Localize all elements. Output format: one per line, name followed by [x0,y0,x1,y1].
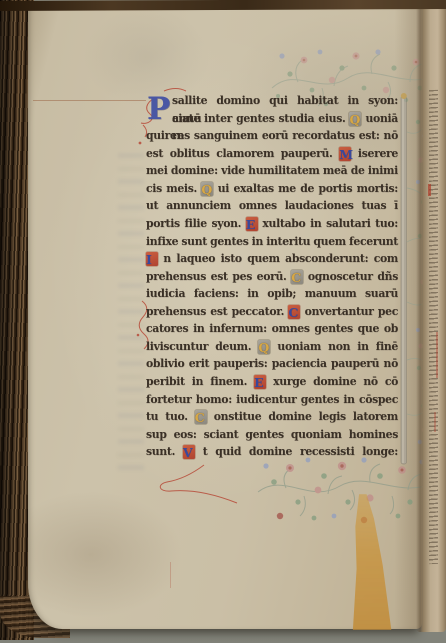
line-text: mei domine: vide humilitatem meā de inim… [146,164,398,177]
manuscript-line: iudicia faciens: in opib; manuum suarū [146,285,398,303]
manuscript-line: fortetur homo: iudicentur gentes in cōsp… [146,391,398,409]
manuscript-line: peribit in finem. E xurge domine nō cō [146,373,398,391]
illuminated-initial: E [246,217,258,231]
line-text: onvertantur pec [300,305,398,318]
line-text: iserere [351,147,398,160]
manuscript-line: catores in infernum: omnes gentes que ob [146,320,398,338]
manuscript-line: cis meis. Q ui exaltas me de portis mort… [146,180,398,198]
manuscript-line: Psallite domino qui habitat in syon: ann… [146,92,398,110]
illuminated-initial: V [183,445,195,459]
line-text: ognoscetur dñs [303,270,398,283]
line-text: sunt. [146,445,183,458]
line-text: portis filie syon. [146,217,246,230]
line-text: onstitue domine legis latorem [207,410,398,423]
illuminated-initial: E [254,375,266,389]
line-text: n laqueo isto quem absconderunt: com [158,252,398,265]
line-text: sup eos: sciant gentes quoniam homines [146,428,398,441]
line-text: prehensus est peccator. [146,305,288,318]
illuminated-initial: Q [201,182,213,196]
manuscript-line: ut annunciem omnes laudaciones tuas ī [146,197,398,215]
illuminated-initial: C [291,270,303,284]
text-block: Psallite domino qui habitat in syon: ann… [146,92,398,461]
illuminated-initial: Q [349,112,361,126]
facing-red-mark [436,332,438,378]
manuscript-line: quirens sanguinem eorū recordatus est: n… [146,127,398,145]
line-text: ui exaltas me de portis mortis: [213,182,398,195]
illuminated-initial: Q [258,340,270,354]
line-text: uoniam non in finē [270,340,398,353]
illuminated-initial: M [339,147,351,161]
illuminated-initial: C [288,305,300,319]
line-text: prehensus est pes eorū. [146,270,291,283]
line-text: liviscuntur deum. [146,340,258,353]
line-text: oblivio erit pauperis: paciencia pauperū… [146,357,398,370]
manuscript-line: tu tuo. C onstitue domine legis latorem [146,408,398,426]
line-text: infixe sunt gentes in interitu quem fece… [146,235,398,248]
facing-page-edge [416,4,446,632]
line-text: fortetur homo: iudicentur gentes in cōsp… [146,393,398,406]
manuscript-line: infixe sunt gentes in interitu quem fece… [146,233,398,251]
manuscript-line: prehensus est pes eorū. C ognoscetur dñs [146,268,398,286]
line-text: catores in infernum: omnes gentes que ob [146,322,398,335]
floral-border-bottom-icon [252,454,442,538]
manuscript-line: est oblitus clamorem pauperū. M iserere [146,145,398,163]
manuscript-line: portis filie syon. E xultabo in salutari… [146,215,398,233]
illuminated-initial: I [146,252,158,266]
line-text: ut annunciem omnes laudaciones tuas ī [146,199,398,212]
line-text: xultabo in salutari tuo: [258,217,398,230]
manuscript-line: I n laqueo isto quem absconderunt: com [146,250,398,268]
faint-red-crease [170,562,171,588]
line-text: cis meis. [146,182,201,195]
manuscript-line: liviscuntur deum. Q uoniam non in finē [146,338,398,356]
manuscript-line: mei domine: vide humilitatem meā de inim… [146,162,398,180]
facing-page-text-lines [429,90,438,564]
facing-red-mark [428,184,431,196]
manuscript-line: prehensus est peccator. C onvertantur pe… [146,303,398,321]
line-text: t quid domine recessisti longe: [195,445,398,458]
illuminated-initial: C [195,410,207,424]
manuscript-line: sunt. V t quid domine recessisti longe: [146,443,398,461]
line-text: iudicia faciens: in opib; manuum suarū [146,287,398,300]
facing-red-mark [434,412,436,432]
top-binding-edge [0,0,446,11]
line-text: ciate inter gentes studia eius. [172,112,349,125]
line-text: tu tuo. [146,410,195,423]
line-text: peribit in finem. [146,375,254,388]
manuscript-photo: Psallite domino qui habitat in syon: ann… [0,0,446,643]
manuscript-line: oblivio erit pauperis: paciencia pauperū… [146,355,398,373]
manuscript-line: sup eos: sciant gentes quoniam homines [146,426,398,444]
manuscript-line: ciate inter gentes studia eius. Q uoniā … [146,110,398,128]
line-text: quirens sanguinem eorū recordatus est: n… [146,129,398,142]
line-text: est oblitus clamorem pauperū. [146,147,339,160]
line-text: xurge domine nō cō [266,375,398,388]
